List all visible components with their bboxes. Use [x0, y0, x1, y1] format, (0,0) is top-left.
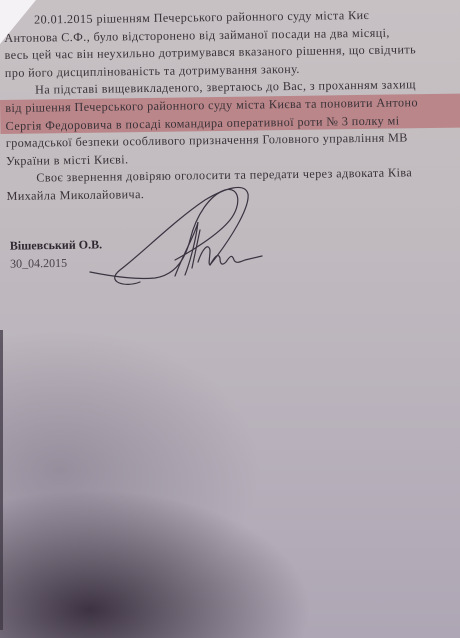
page-edge-shadow: [0, 330, 3, 630]
handwritten-signature-icon: [80, 180, 270, 295]
letter-body: 20.01.2015 рішенням Печерського районног…: [4, 5, 460, 205]
scanned-document-page: 20.01.2015 рішенням Печерського районног…: [0, 0, 460, 638]
